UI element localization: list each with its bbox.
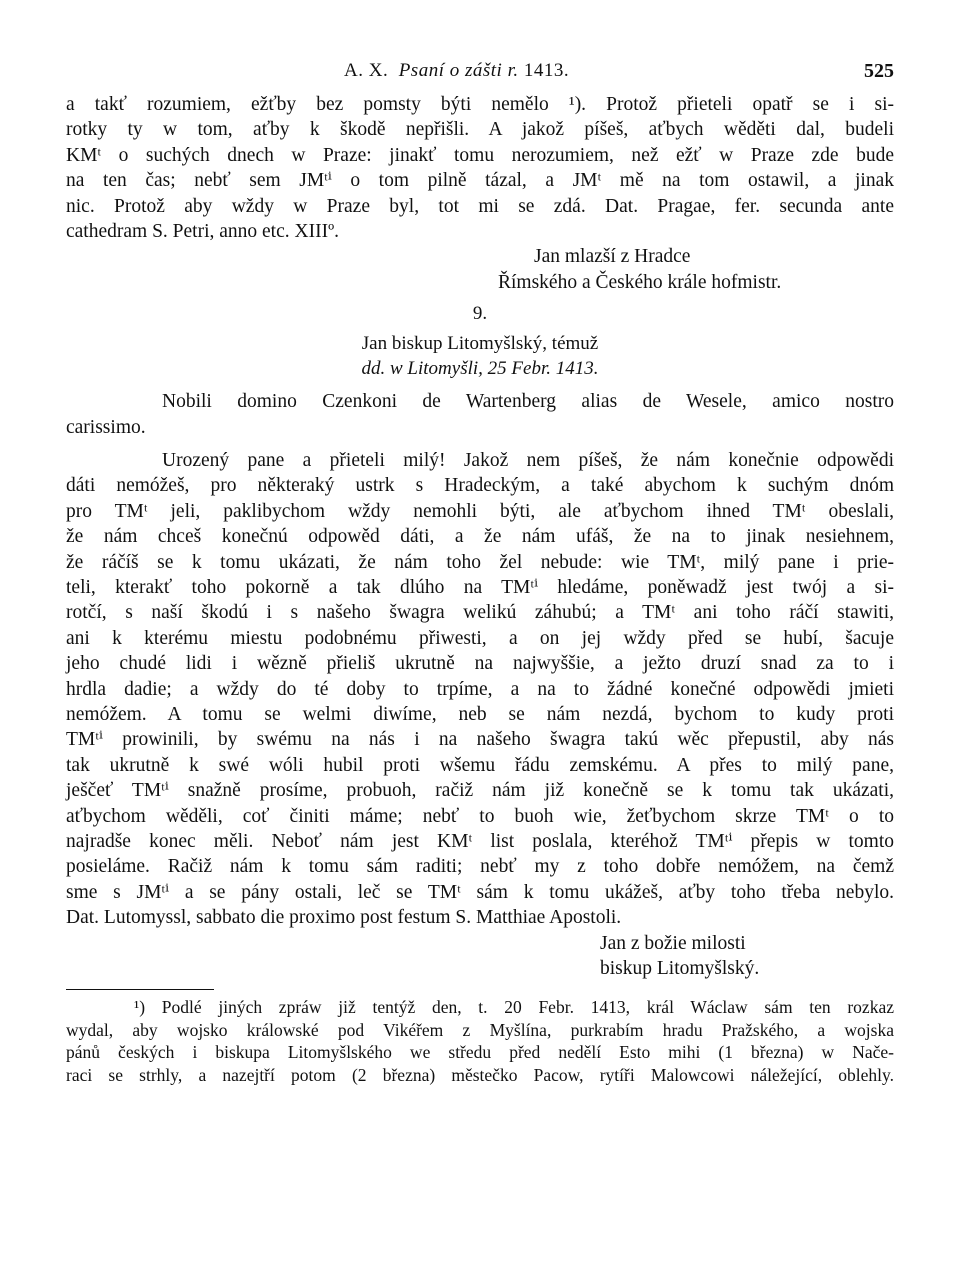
section-label: A. X. — [344, 60, 388, 81]
text-line: na ten čas; nebť sem JMᵗⁱ o tom pilně tá… — [66, 168, 894, 193]
footnote-line: raci se strhly, a nazejtří potom (2 břez… — [66, 1064, 894, 1087]
text-line: dáti nemóžeš, pro některaký ustrk s Hrad… — [66, 473, 894, 498]
text-line: nic. Protož aby wždy w Praze byl, tot mi… — [66, 194, 894, 219]
text-line: že ráčíš se k tomu ukázati, že nám toho … — [66, 550, 894, 575]
text-line: najradše konec měli. Neboť nám jest KMᵗ … — [66, 829, 894, 854]
footnote-line: ¹) Podlé jiných zpráw již tentýž den, t.… — [66, 996, 894, 1019]
text-line: že nám chceš konečnú odpowěd dáti, a že … — [66, 524, 894, 549]
text-line: nemóžem. A tomu se welmi diwíme, neb se … — [66, 702, 894, 727]
document-dateline: dd. w Litomyšli, 25 Febr. 1413. — [66, 356, 894, 381]
running-head-year: 1413. — [524, 60, 569, 81]
text-line: jeho chudé lidi i wězně přieliš ukrutně … — [66, 651, 894, 676]
text-line: a takť rozumiem, ežťby bez pomsty býti n… — [66, 92, 894, 117]
signature-line: biskup Litomyšlský. — [66, 956, 894, 981]
document-number: 9. — [66, 301, 894, 326]
text-line: Dat. Lutomyssl, sabbato die proximo post… — [66, 905, 894, 930]
text-line: ješčeť TMᵗⁱ snažně prosíme, probuoh, rač… — [66, 778, 894, 803]
text-line: tak ukrutně k swé wóli hubil proti wšemu… — [66, 753, 894, 778]
text-line: Urozený pane a přieteli milý! Jakož nem … — [66, 448, 894, 473]
text-line: ani k kterému miestu podobnému přiwesti,… — [66, 626, 894, 651]
running-head: A. X. Psaní o zášti r. 1413. 525 — [66, 60, 894, 88]
signature-line: Jan mlazší z Hradce — [66, 244, 894, 269]
text-line: pro TMᵗ jeli, paklibychom wždy nemohli b… — [66, 499, 894, 524]
running-head-italic-title: Psaní o zášti r. — [399, 60, 519, 81]
address-line: Nobili domino Czenkoni de Wartenberg ali… — [66, 389, 894, 414]
text-line: TMᵗⁱ prowinili, by swému na nás i na naš… — [66, 727, 894, 752]
text-line: teli, kterakť toho pokorně a tak dlúho n… — [66, 575, 894, 600]
text-line: sme s JMᵗⁱ a se pány ostali, leč se TMᵗ … — [66, 880, 894, 905]
signature-line: Jan z božie milosti — [66, 931, 894, 956]
footnote-line: pánů českých i biskupa Litomyšlského we … — [66, 1041, 894, 1064]
book-page: A. X. Psaní o zášti r. 1413. 525 a takť … — [66, 60, 894, 1086]
text-line: aťbychom wěděli, coť činiti máme; nebť t… — [66, 804, 894, 829]
footnote-divider — [66, 989, 214, 990]
previous-letter-ending: a takť rozumiem, ežťby bez pomsty býti n… — [66, 92, 894, 295]
document-heading: Jan biskup Litomyšlský, témuž — [66, 331, 894, 356]
address-line: carissimo. — [66, 415, 894, 440]
text-line: cathedram S. Petri, anno etc. XIIIº. — [66, 219, 894, 244]
footnote-line: wydal, aby wojsko králowské pod Vikéřem … — [66, 1019, 894, 1042]
text-line: posieláme. Račiž nám k tomu sám raditi; … — [66, 854, 894, 879]
footnote: ¹) Podlé jiných zpráw již tentýž den, t.… — [66, 996, 894, 1086]
text-line: hrdla dadie; a wždy do té doby to trpíme… — [66, 677, 894, 702]
text-line: rotčí, s naší škodú i s našeho šwagra we… — [66, 600, 894, 625]
running-head-title: A. X. Psaní o zášti r. 1413. — [344, 60, 569, 82]
text-line: rotky ty w tom, aťby k škodě nepřišli. A… — [66, 117, 894, 142]
text-line: KMᵗ o suchých dnech w Praze: jinakť tomu… — [66, 143, 894, 168]
signature-line: Římského a Českého krále hofmistr. — [66, 270, 894, 295]
page-number: 525 — [864, 60, 894, 83]
letter-9: 9. Jan biskup Litomyšlský, témuž dd. w L… — [66, 301, 894, 981]
